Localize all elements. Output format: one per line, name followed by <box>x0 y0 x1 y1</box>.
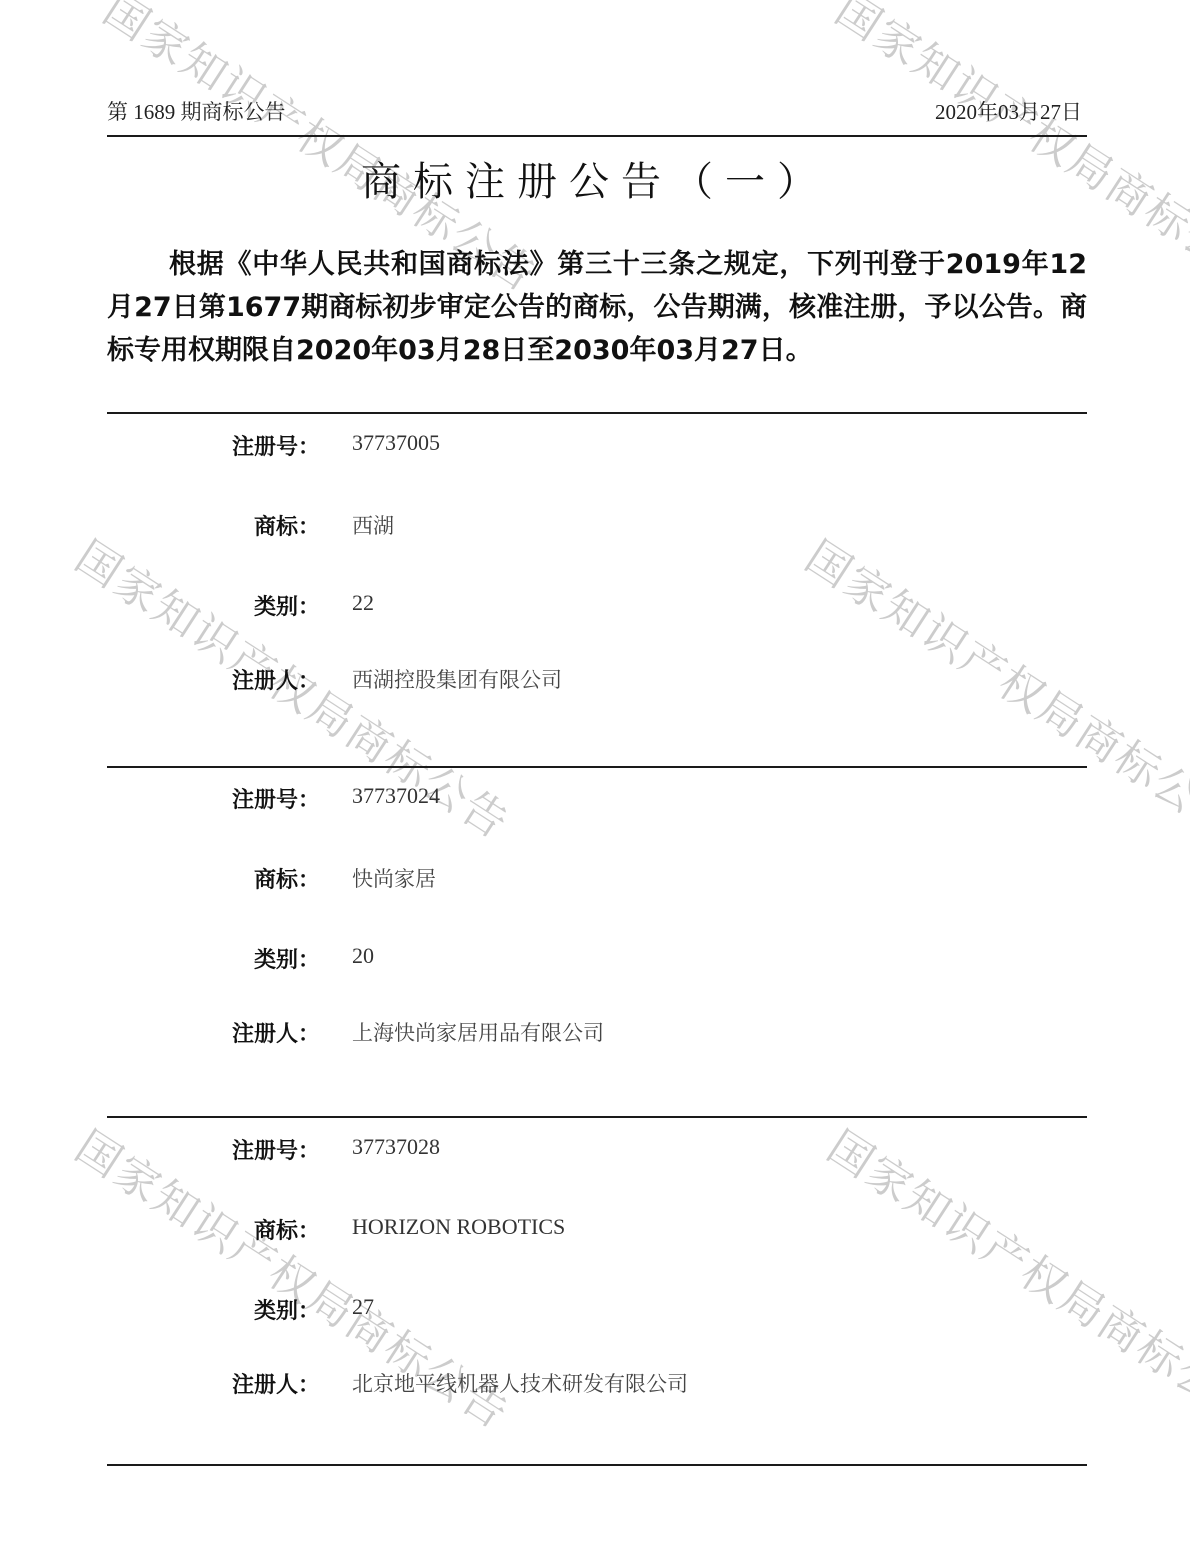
mark-value: 快尚家居 <box>352 863 436 893</box>
class-value: 27 <box>352 1294 374 1320</box>
record-divider <box>107 1116 1087 1118</box>
field-reg-no: 注册号： 37737028 <box>0 1134 1190 1164</box>
mark-label: 商标： <box>254 863 320 894</box>
registrant-value: 北京地平线机器人技术研发有限公司 <box>352 1368 688 1398</box>
mark-label: 商标： <box>254 1214 320 1245</box>
class-value: 22 <box>352 590 374 616</box>
reg-no-label: 注册号： <box>232 1134 320 1165</box>
registrant-value: 上海快尚家居用品有限公司 <box>352 1017 604 1047</box>
header-divider <box>107 135 1087 137</box>
mark-value: 西湖 <box>352 510 394 540</box>
field-mark: 商标： HORIZON ROBOTICS <box>0 1214 1190 1244</box>
reg-no-label: 注册号： <box>232 430 320 461</box>
field-reg-no: 注册号： 37737024 <box>0 783 1190 813</box>
intro-paragraph: 根据《中华人民共和国商标法》第三十三条之规定，下列刊登于2019年12月27日第… <box>107 243 1087 372</box>
registrant-label: 注册人： <box>232 1017 320 1048</box>
registrant-value: 西湖控股集团有限公司 <box>352 664 562 694</box>
field-class: 类别： 27 <box>0 1294 1190 1324</box>
registrant-label: 注册人： <box>232 1368 320 1399</box>
record-divider <box>107 766 1087 768</box>
field-mark: 商标： 西湖 <box>0 510 1190 540</box>
field-class: 类别： 22 <box>0 590 1190 620</box>
field-reg-no: 注册号： 37737005 <box>0 430 1190 460</box>
field-registrant: 注册人： 西湖控股集团有限公司 <box>0 664 1190 694</box>
class-value: 20 <box>352 943 374 969</box>
publication-date: 2020年03月27日 <box>935 96 1082 126</box>
field-class: 类别： 20 <box>0 943 1190 973</box>
reg-no-value: 37737005 <box>352 430 440 456</box>
page-title: 商标注册公告（一） <box>0 150 1190 207</box>
mark-label: 商标： <box>254 510 320 541</box>
issue-number: 第 1689 期商标公告 <box>107 96 286 126</box>
class-label: 类别： <box>254 590 320 621</box>
reg-no-value: 37737024 <box>352 783 440 809</box>
class-label: 类别： <box>254 1294 320 1325</box>
reg-no-value: 37737028 <box>352 1134 440 1160</box>
field-registrant: 注册人： 上海快尚家居用品有限公司 <box>0 1017 1190 1047</box>
class-label: 类别： <box>254 943 320 974</box>
record-divider <box>107 1464 1087 1466</box>
record-divider <box>107 412 1087 414</box>
mark-value: HORIZON ROBOTICS <box>352 1214 565 1240</box>
document-page: 第 1689 期商标公告 2020年03月27日 商标注册公告（一） 根据《中华… <box>0 0 1190 1564</box>
registrant-label: 注册人： <box>232 664 320 695</box>
field-mark: 商标： 快尚家居 <box>0 863 1190 893</box>
reg-no-label: 注册号： <box>232 783 320 814</box>
field-registrant: 注册人： 北京地平线机器人技术研发有限公司 <box>0 1368 1190 1398</box>
